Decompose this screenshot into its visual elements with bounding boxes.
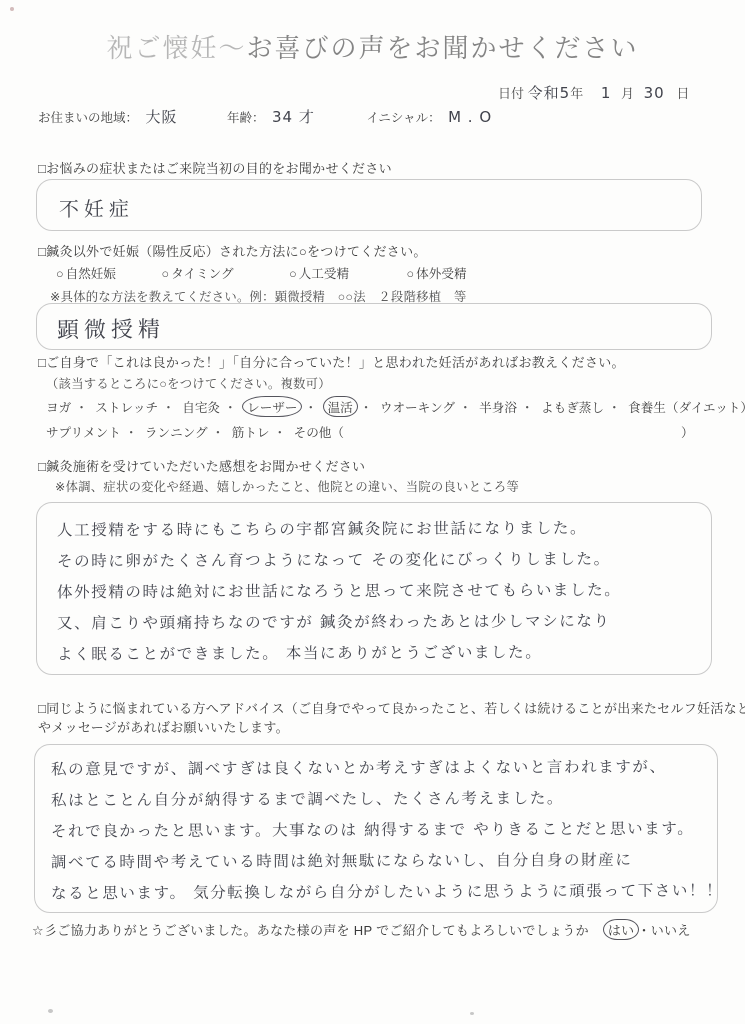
option-separator: ・ <box>75 401 88 415</box>
option-separator: ・ <box>274 426 287 440</box>
footer-text: ☆彡ご協力ありがとうございました。あなた様の声を HP でご紹介してもよろしいで… <box>32 923 589 938</box>
other-close-paren: ） <box>681 426 694 440</box>
option-supplement: サプリメント <box>46 426 121 440</box>
region-label: お住まいの地域： <box>38 111 138 125</box>
question-self-care: □ご自身で「これは良かった！」「自分に合っていた！」と思われた妊活があればお教え… <box>38 352 625 371</box>
question-advice-line1: □同じように悩まれている方へアドバイス（ご自身でやって良かったこと、若しくは続け… <box>38 698 745 717</box>
advice-line: なると思います。 気分転換しながら自分がしたいように思うように頑張って下さい！！ <box>51 876 717 910</box>
option-ivf-selected: ○体外受精 <box>407 267 467 281</box>
consent-yes-circled: はい <box>603 919 640 940</box>
date-label: 日付 <box>498 86 524 101</box>
option-training: 筋トレ <box>232 426 270 440</box>
page-title-main: お喜びの声をお聞かせください <box>247 34 639 64</box>
option-stretch: ストレッチ <box>95 401 158 415</box>
scanned-form-page: 祝ご懐妊～お喜びの声をお聞かせください 日付 令和5年 1 月 30 日 お住ま… <box>0 0 745 1024</box>
option-separator: ・ <box>521 401 534 415</box>
option-label: 自然妊娠 <box>66 267 116 281</box>
consent-separator: ・ <box>637 923 650 938</box>
option-separator: ・ <box>224 401 237 415</box>
option-separator: ・ <box>212 426 225 440</box>
option-half-bath: 半身浴 <box>479 401 517 415</box>
date-day-value: 30 <box>644 84 665 102</box>
circle-mark: ○ <box>56 267 64 281</box>
advice-line: 私はとことん自分が納得するまで調べたし、たくさん考えました。 <box>51 783 717 817</box>
option-separator: ・ <box>608 401 621 415</box>
option-home-moxa: 自宅灸 <box>182 401 220 415</box>
answer-box-impression: 人工授精をする時にもこちらの宇都宮鍼灸院にお世話になりました。 その時に卵がたく… <box>36 502 712 675</box>
advice-line: 調べてる時間や考えている時間は絶対無駄にならないし、自分自身の財産に <box>51 845 717 879</box>
option-separator: ・ <box>360 401 373 415</box>
option-onkatsu-circled: 温活 <box>323 396 358 417</box>
region-value: 大阪 <box>146 108 178 126</box>
option-walking: ウオーキング <box>380 401 455 415</box>
conception-method-options: ○自然妊娠 ○タイミング ○人工受精 ○体外受精 <box>56 263 467 282</box>
treatment-impression-note: ※体調、症状の変化や経過、嬉しかったこと、他院との違い、当院の良いところ等 <box>55 477 519 495</box>
initial-label: イニシャル： <box>366 111 440 125</box>
date-month-suffix: 月 <box>621 86 634 101</box>
initial-value: M . O <box>448 108 492 126</box>
question-symptoms: □お悩みの症状またはご来院当初の目的をお聞かせください <box>38 158 392 177</box>
date-day-suffix: 日 <box>676 86 689 101</box>
impression-line: 人工授精をする時にもこちらの宇都宮鍼灸院にお世話になりました。 <box>57 513 711 547</box>
page-title-accent: 祝ご懐妊～ <box>106 34 246 64</box>
age-label: 年齢： <box>227 111 265 125</box>
answer-symptoms: 不妊症 <box>59 193 134 223</box>
self-care-note: （該当するところに○をつけてください。複数可） <box>46 374 331 392</box>
impression-line: 又、肩こりや頭痛持ちなのですが 鍼灸が終わったあとは少しマシになり <box>57 606 711 640</box>
circle-mark: ○ <box>161 267 169 281</box>
option-label: 人工受精 <box>299 267 349 281</box>
question-advice-line2: やメッセージがあればお願いいたします。 <box>38 717 289 736</box>
option-other: その他（ <box>294 426 344 440</box>
option-separator: ・ <box>125 426 138 440</box>
option-laser-circled: レーザー <box>242 396 302 417</box>
date-month-value: 1 <box>601 84 612 102</box>
option-diet: 食養生（ダイエット） <box>628 401 745 415</box>
option-separator: ・ <box>162 401 175 415</box>
option-separator: ・ <box>304 401 317 415</box>
option-iui: ○人工受精 <box>289 267 349 281</box>
profile-row: お住まいの地域： 大阪 年齢： 34 才 イニシャル： M . O <box>38 106 492 127</box>
option-label: 体外受精 <box>416 267 466 281</box>
circle-mark: ○ <box>289 267 297 281</box>
question-conception-method: □鍼灸以外で妊娠（陽性反応）された方法に○をつけてください。 <box>38 241 427 260</box>
scan-speck <box>470 1012 474 1015</box>
self-care-options-row2: サプリメント・ ランニング・ 筋トレ・ その他（ ） <box>46 422 694 441</box>
option-separator: ・ <box>459 401 472 415</box>
self-care-options-row1: ヨガ・ ストレッチ・ 自宅灸・ レーザー・ 温活・ ウオーキング・ 半身浴・ よ… <box>46 396 745 417</box>
date-line: 日付 令和5年 1 月 30 日 <box>498 82 689 103</box>
page-title: 祝ご懐妊～お喜びの声をお聞かせください <box>0 28 745 65</box>
question-treatment-impression: □鍼灸施術を受けていただいた感想をお聞かせください <box>38 456 365 475</box>
advice-line: それで良かったと思います。大事なのは 納得するまで やりきることだと思います。 <box>51 814 717 848</box>
date-era-year-value: 令和5 <box>528 84 571 102</box>
impression-line: 体外授精の時は絶対にお世話になろうと思って来院させてもらいました。 <box>57 575 711 609</box>
option-running: ランニング <box>145 426 208 440</box>
option-natural: ○自然妊娠 <box>56 267 116 281</box>
option-timing: ○タイミング <box>161 267 233 281</box>
option-yomogi: よもぎ蒸し <box>541 401 604 415</box>
answer-box-method-detail: 顕微授精 <box>36 303 712 350</box>
age-value: 34 才 <box>272 108 315 126</box>
answer-box-symptoms: 不妊症 <box>36 179 702 231</box>
answer-box-advice: 私の意見ですが、調べすぎは良くないとか考えすぎはよくないと言われますが、 私はと… <box>34 744 718 913</box>
circle-mark-checked: ○ <box>407 267 415 281</box>
date-year-suffix: 年 <box>570 86 583 101</box>
scan-speck <box>10 7 14 11</box>
footer-consent-line: ☆彡ご協力ありがとうございました。あなた様の声を HP でご紹介してもよろしいで… <box>32 919 691 940</box>
advice-line: 私の意見ですが、調べすぎは良くないとか考えすぎはよくないと言われますが、 <box>51 752 717 786</box>
impression-line: その時に卵がたくさん育つようになって その変化にびっくりしました。 <box>57 544 711 578</box>
impression-line: よく眠ることができました。 本当にありがとうございました。 <box>57 637 711 671</box>
consent-no: いいえ <box>651 923 691 938</box>
scan-speck <box>48 1009 53 1013</box>
option-label: タイミング <box>171 267 233 281</box>
answer-method-detail: 顕微授精 <box>57 313 165 345</box>
option-yoga: ヨガ <box>46 401 71 415</box>
